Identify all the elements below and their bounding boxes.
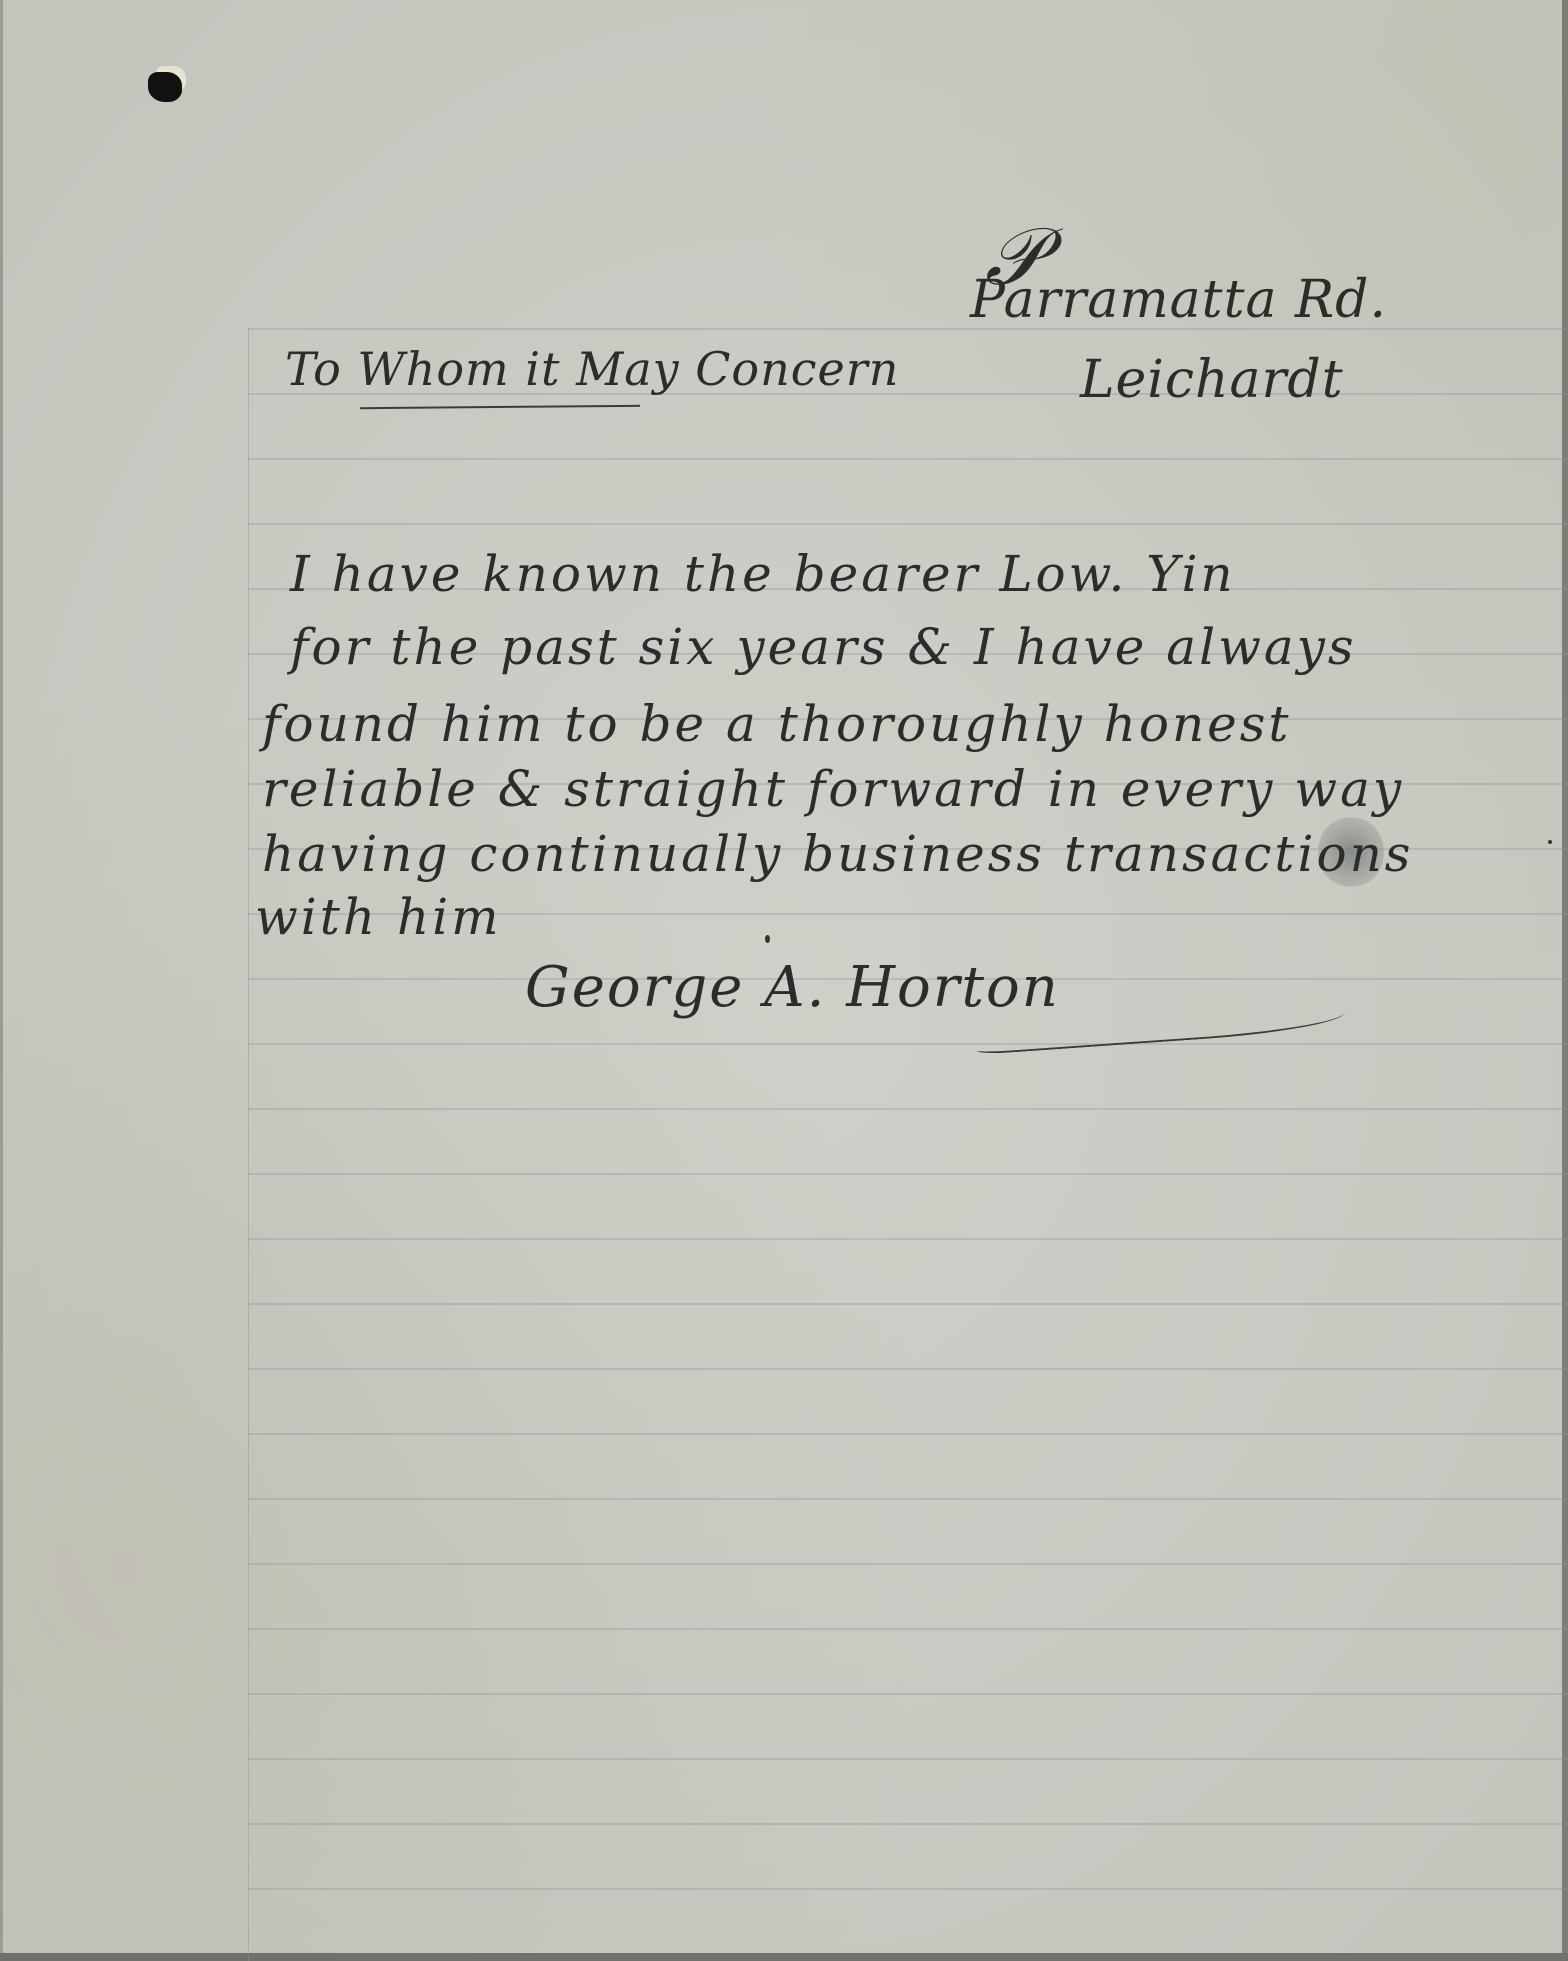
salutation: To Whom it May Concern: [285, 342, 899, 396]
letter-paper: 𝒫 Parramatta Rd. Leichardt To Whom it Ma…: [0, 0, 1568, 1961]
body-line: I have known the bearer Low. Yin: [290, 545, 1236, 603]
ruled-line: [248, 1173, 1568, 1175]
body-line: with him: [255, 888, 502, 946]
body-line: for the past six years & I have always: [290, 618, 1357, 676]
margin-line: [248, 328, 249, 1961]
body-line: reliable & straight forward in every way: [262, 760, 1404, 818]
ruled-line: [248, 1758, 1568, 1760]
punch-hole: [148, 72, 182, 102]
body-line: having continually business transactions: [262, 825, 1413, 883]
ruled-line: [248, 1563, 1568, 1565]
address-line-1: Parramatta Rd.: [970, 270, 1387, 330]
ruled-line: [248, 523, 1568, 525]
address-line-2: Leichardt: [1080, 350, 1344, 410]
ruled-line: [248, 1823, 1568, 1825]
signature: George A. Horton: [525, 955, 1060, 1020]
ruled-line: [248, 1433, 1568, 1435]
ink-dot: [1548, 840, 1552, 844]
ruled-line: [248, 1628, 1568, 1630]
ruled-line: [248, 458, 1568, 460]
ruled-line: [248, 1238, 1568, 1240]
paper-right-edge: [1562, 0, 1568, 1961]
body-line: found him to be a thoroughly honest: [262, 695, 1292, 753]
ruled-line: [248, 1368, 1568, 1370]
ruled-line: [248, 1693, 1568, 1695]
ruled-line: [248, 1888, 1568, 1890]
salutation-underline: [360, 405, 640, 409]
ruled-line: [248, 1108, 1568, 1110]
ruled-line: [248, 1303, 1568, 1305]
ink-dot: [765, 935, 770, 943]
ruled-line: [248, 1498, 1568, 1500]
paper-left-edge: [0, 0, 3, 1961]
ruled-line: [248, 1043, 1568, 1045]
paper-bottom-edge: [0, 1953, 1568, 1961]
